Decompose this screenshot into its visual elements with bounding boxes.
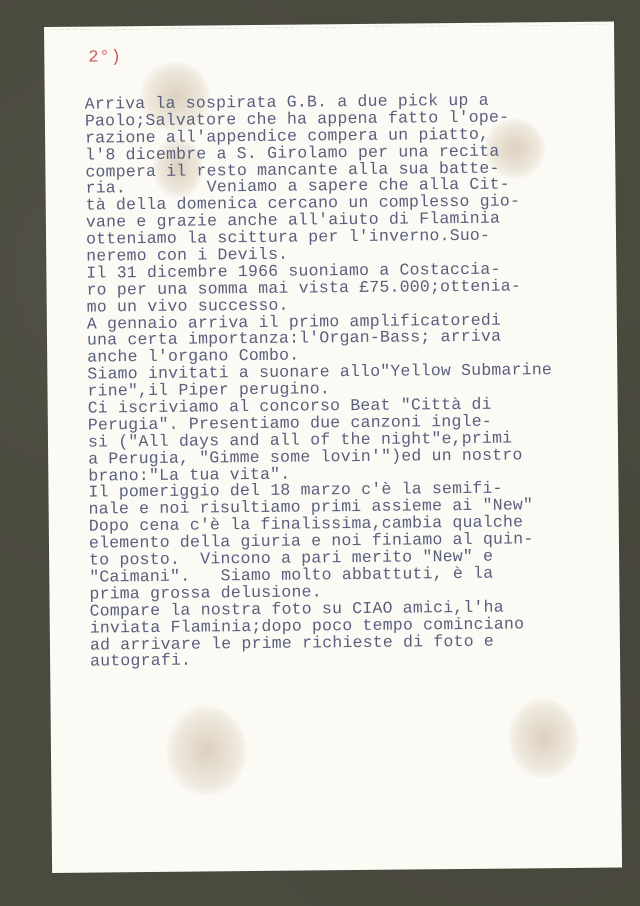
typewritten-page: 2°) Arriva la sospirata G.B. a due pick … bbox=[44, 22, 622, 873]
page-number: 2°) bbox=[88, 48, 122, 67]
paper-stain bbox=[167, 705, 248, 796]
text-line: autografi. bbox=[90, 649, 620, 671]
paper-stain bbox=[508, 698, 579, 779]
typewritten-body: Arriva la sospirata G.B. a due pick up a… bbox=[85, 92, 620, 671]
